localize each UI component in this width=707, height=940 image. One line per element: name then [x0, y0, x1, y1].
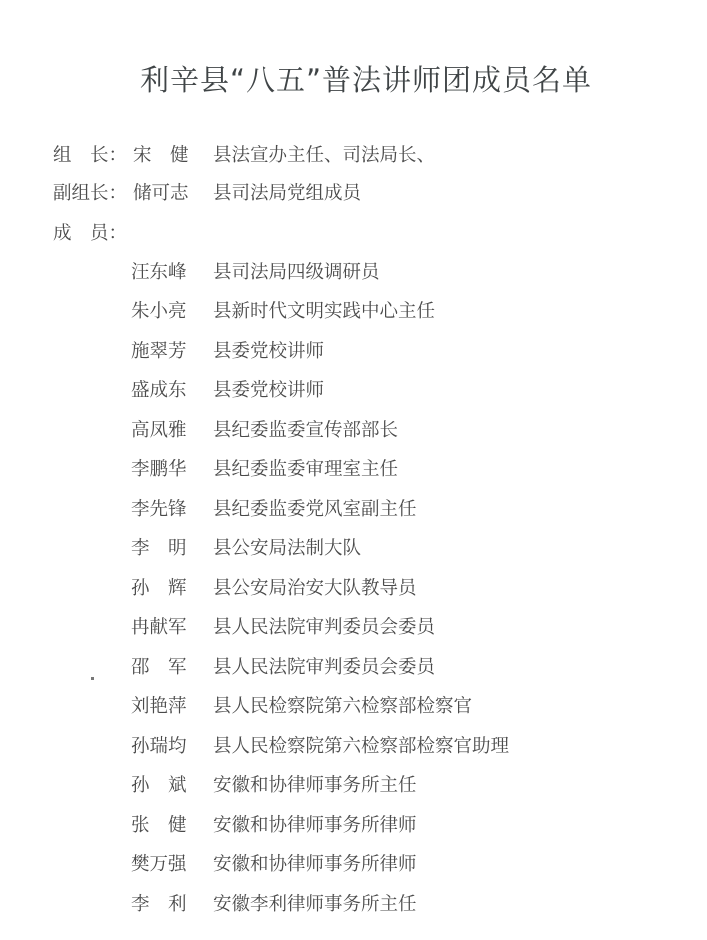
- member-name: 李 明: [131, 536, 211, 562]
- member-title: 县纪委监委宣传部部长: [213, 418, 398, 444]
- member-title: 县公安局治安大队教导员: [213, 576, 417, 602]
- member-title: 安徽李利律师事务所主任: [213, 892, 417, 918]
- member-name: 孙 斌: [131, 773, 211, 799]
- scan-speck: [91, 677, 94, 680]
- member-title: 安徽和协律师事务所律师: [213, 852, 417, 878]
- member-name: 盛成东: [131, 378, 211, 404]
- leader-name: 宋 健: [133, 143, 213, 169]
- member-title: 县人民法院审判委员会委员: [213, 655, 435, 681]
- member-title: 县人民法院审判委员会委员: [213, 615, 435, 641]
- member-title: 县人民检察院第六检察部检察官: [213, 694, 472, 720]
- member-name: 李鹏华: [131, 457, 211, 483]
- deputy-leader-label: 副组长：: [53, 181, 133, 207]
- member-title: 县司法局四级调研员: [213, 260, 380, 286]
- document-title: 利辛县“八五”普法讲师团成员名单: [140, 58, 620, 99]
- leader-title: 县法宣办主任、司法局长、: [213, 143, 435, 169]
- member-name: 李 利: [131, 892, 211, 918]
- member-title: 县人民检察院第六检察部检察官助理: [213, 734, 509, 760]
- leader-label: 组 长：: [53, 143, 133, 169]
- member-name: 汪东峰: [131, 260, 211, 286]
- member-name: 冉献军: [131, 615, 211, 641]
- deputy-leader-name: 储可志: [133, 181, 213, 207]
- member-title: 县公安局法制大队: [213, 536, 361, 562]
- member-title: 县纪委监委审理室主任: [213, 457, 398, 483]
- member-title: 县纪委监委党风室副主任: [213, 497, 417, 523]
- member-name: 李先锋: [131, 497, 211, 523]
- member-title: 县新时代文明实践中心主任: [213, 299, 435, 325]
- member-name: 樊万强: [131, 852, 211, 878]
- member-name: 施翠芳: [131, 339, 211, 365]
- member-name: 孙瑞均: [131, 734, 211, 760]
- member-title: 县委党校讲师: [213, 339, 324, 365]
- member-name: 邵 军: [131, 655, 211, 681]
- members-label: 成 员：: [53, 221, 133, 247]
- member-name: 高凤雅: [131, 418, 211, 444]
- member-title: 安徽和协律师事务所主任: [213, 773, 417, 799]
- member-title: 安徽和协律师事务所律师: [213, 813, 417, 839]
- member-name: 张 健: [131, 813, 211, 839]
- member-name: 孙 辉: [131, 576, 211, 602]
- member-name: 朱小亮: [131, 299, 211, 325]
- member-title: 县委党校讲师: [213, 378, 324, 404]
- member-name: 刘艳萍: [131, 694, 211, 720]
- deputy-leader-title: 县司法局党组成员: [213, 181, 361, 207]
